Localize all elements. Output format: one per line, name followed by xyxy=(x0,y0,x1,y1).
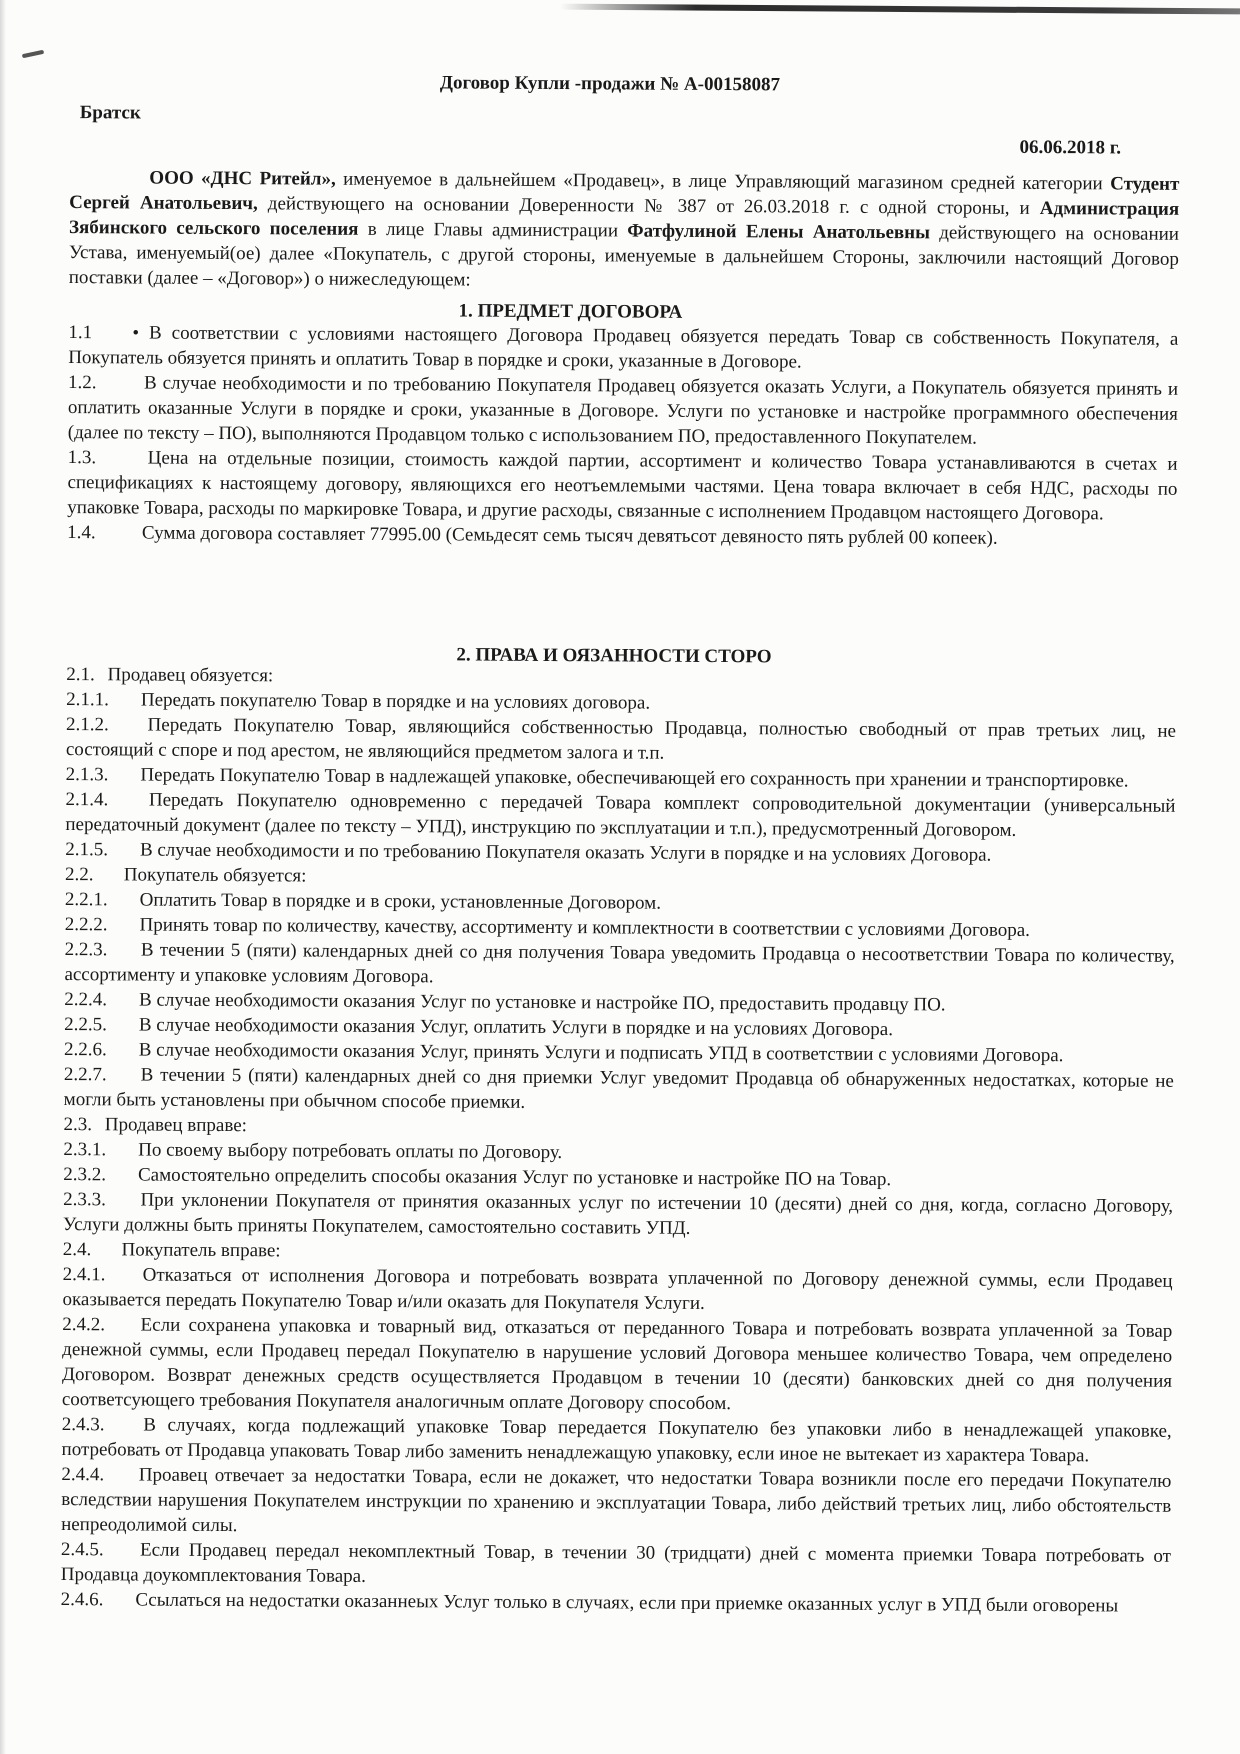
clause-2-4-6: 2.4.6. Ссылаться на недостатки оказаннеы… xyxy=(61,1587,1171,1619)
document-title: Договор Купли -продажи № А-00158087 xyxy=(440,72,780,96)
preamble-text-2: действующего на основании Доверенности №… xyxy=(258,193,1040,219)
preamble-text-3: в лице Главы администрации xyxy=(358,219,627,242)
section-1-clauses: 1.1 • В соответствии с условиями настоящ… xyxy=(67,320,1178,552)
clause-2-3-3: 2.3.3. При уклонении Покупателя от приня… xyxy=(63,1187,1173,1244)
document-date: 06.06.2018 г. xyxy=(1019,137,1121,160)
scan-edge-top xyxy=(560,4,1240,15)
clause-2-4-5: 2.4.5. Если Продавец передал некомплектн… xyxy=(61,1537,1171,1594)
preamble: ООО «ДНС Ритейл», именуемое в дальнейшем… xyxy=(69,165,1180,297)
clause-2-1-4: 2.1.4. Передать Покупателю одновременно … xyxy=(65,787,1175,844)
clause-2-4-1: 2.4.1. Отказаться от исполнения Договора… xyxy=(62,1262,1172,1319)
clause-2-4-4: 2.4.4. Проавец отвечает за недостатки То… xyxy=(61,1462,1171,1544)
scanned-page: Договор Купли -продажи № А-00158087 Брат… xyxy=(0,0,1240,1754)
clause-2-2-3: 2.2.3. В течении 5 (пяти) календарных дн… xyxy=(64,937,1174,994)
preamble-text-1: именуемое в дальнейшем «Продавец», в лиц… xyxy=(336,169,1111,195)
clause-1-2: 1.2. В случае необходимости и по требова… xyxy=(68,370,1178,452)
buyer-representative: Фатфулиной Елены Анатольевны xyxy=(627,220,930,243)
staple-mark xyxy=(22,50,44,58)
section-1-heading: 1. ПРЕДМЕТ ДОГОВОРА xyxy=(458,300,682,323)
section-2-clauses: 2.1. Продавец обязуется:2.1.1. Передать … xyxy=(61,662,1177,1619)
scan-edge-left xyxy=(0,0,6,1754)
seller-name: ООО «ДНС Ритейл», xyxy=(149,168,336,190)
clause-1-1: 1.1 • В соответствии с условиями настоящ… xyxy=(68,320,1178,377)
document-content: Договор Купли -продажи № А-00158087 Брат… xyxy=(60,70,1180,77)
clause-1-3: 1.3. Цена на отдельные позиции, стоимост… xyxy=(67,445,1177,527)
document-city: Братск xyxy=(80,102,141,124)
clause-2-4-3: 2.4.3. В случаях, когда подлежащий упако… xyxy=(61,1412,1171,1469)
clause-2-1-2: 2.1.2. Передать Покупателю Товар, являющ… xyxy=(66,712,1176,769)
clause-2-2-7: 2.2.7. В течении 5 (пяти) календарных дн… xyxy=(64,1062,1174,1119)
clause-2-4-2: 2.4.2. Если сохранена упаковка и товарны… xyxy=(62,1312,1173,1419)
